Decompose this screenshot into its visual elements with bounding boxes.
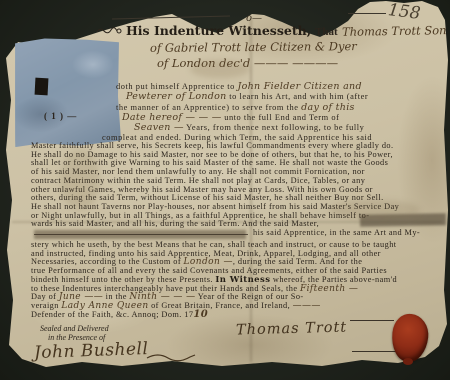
covenant-l18c: Year of the Reign of our So-	[198, 292, 304, 301]
paper-stain	[330, 200, 420, 220]
terms-apprentice-to: doth put himself Apprentice to	[116, 82, 235, 91]
covenant-l14a: Necessaries, according to the Custom of	[31, 257, 181, 266]
day-number-hw: Fifteenth —	[300, 284, 358, 294]
covenant-l20a: Defender of the Faith, &c. Annoq; Dom. 1…	[31, 310, 193, 319]
terms-unto: unto the full End and Term of	[224, 113, 339, 122]
document-photo: 158 o— ( 1 ) — His Indenture Witnesseth,…	[0, 0, 450, 380]
father-line-hw: of Gabriel Trott late Citizen & Dyer	[150, 39, 357, 55]
party-signature: Thomas Trott	[236, 320, 348, 339]
apprentice-name-hw: Thomas Trott Son	[342, 23, 447, 39]
covenant-l17a: to these Indentures interchangeably have…	[31, 284, 297, 293]
terms-block: doth put himself Apprentice to John Fiel…	[116, 82, 372, 144]
covenant-l19a: veraign	[31, 301, 59, 310]
master-name-hw: John Fielder Citizen and	[238, 81, 362, 92]
paper-stain	[60, 150, 100, 210]
strike-line	[34, 234, 248, 235]
year-1710-hw: 10	[193, 309, 208, 320]
witness-signature: John Bushell	[34, 339, 149, 363]
page-number: 158	[387, 0, 422, 24]
tax-stamp	[13, 37, 121, 147]
covenant-l18b: in the	[106, 292, 127, 301]
years-hw: Seaven —	[134, 122, 184, 133]
covenants-block-2: stery which he useth, by the best Means …	[31, 241, 397, 319]
covenant-l18a: Day of	[31, 292, 56, 301]
seal-top-line	[350, 320, 394, 321]
terms-years: Years, from thence next following, to be…	[186, 123, 364, 132]
seal-bottom-line	[352, 351, 398, 352]
covenant-l19b: of Great Britain, France, and Ireland,	[151, 301, 290, 310]
terms-manner: the manner of an Apprentice) to serve fr…	[116, 103, 299, 112]
master-trade-hw: Pewterer of London	[126, 91, 227, 102]
opening-line: His Indenture Witnesseth, That Thomas Tr…	[96, 23, 446, 38]
stamp-ink-mark	[35, 78, 49, 96]
indenture-title: His Indenture Witnesseth,	[126, 23, 311, 38]
trailing-dash-hw: ———	[293, 301, 321, 311]
covenant-line11: his said Apprentice, in the same Art and…	[253, 229, 420, 238]
flourish-icon	[96, 25, 122, 36]
left-ornament: ( 1 ) —	[44, 111, 77, 121]
covenant-l14b: , during the said Term. And for the	[233, 257, 362, 266]
terms-learn: to learn his Art, and with him (after	[229, 92, 368, 101]
covenant-l16c: whereof, the Parties above-nam'd	[273, 275, 397, 284]
paper-stain	[190, 60, 250, 78]
top-right-line	[348, 13, 386, 14]
sealed-delivered-line1: Sealed and Delivered	[40, 324, 109, 333]
that-word: That	[315, 26, 338, 38]
wax-seal-drip	[403, 358, 413, 365]
covenant-l16a: bindeth himself unto the other by these …	[31, 275, 213, 284]
signature-flourish-icon	[146, 352, 196, 364]
day-hw: day of this	[301, 102, 355, 113]
